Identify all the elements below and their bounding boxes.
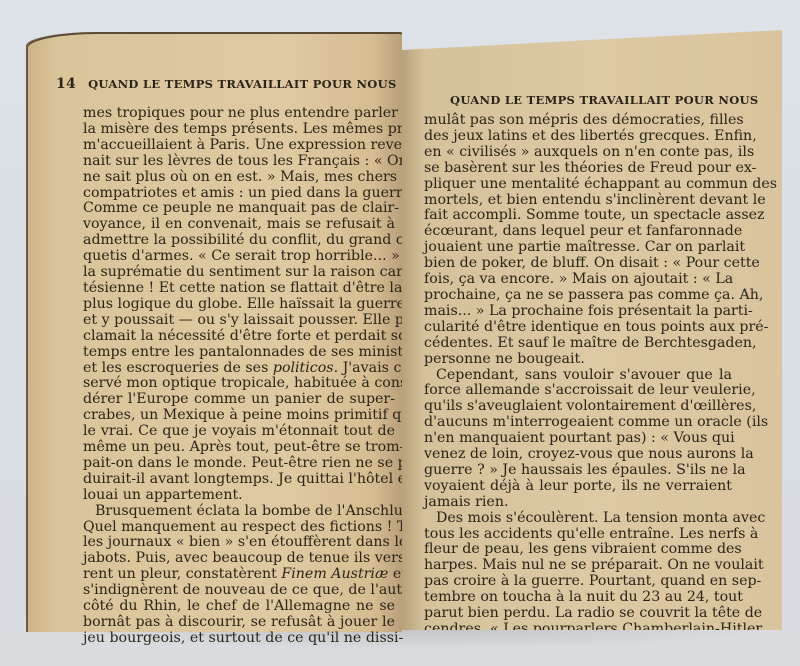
- text-line: jouaient une partie maîtresse. Car on pa…: [424, 240, 732, 256]
- text-line: dérer l'Europe comme un panier de super-: [83, 392, 395, 408]
- text-line: et y poussait — ou s'y laissait pousser.…: [83, 313, 395, 329]
- text-line: clamait la nécessité d'être forte et per…: [83, 329, 395, 345]
- left-page: 14QUAND LE TEMPS TRAVAILLAIT POUR NOUS m…: [28, 32, 402, 632]
- text-line: jeu bourgeois, et surtout de ce qu'il ne…: [83, 631, 395, 647]
- text-line: rent un pleur, constatèrent Finem Austri…: [83, 567, 395, 583]
- text-line: voyance, il en convenait, mais se refusa…: [83, 217, 395, 233]
- text-line: se basèrent sur les théories de Freud po…: [424, 161, 732, 177]
- left-page-body: mes tropiques pour ne plus entendre parl…: [83, 106, 395, 647]
- text-line: admettre la possibilité du conflit, du g…: [83, 233, 395, 249]
- text-line: louai un appartement.: [83, 488, 395, 504]
- right-page-header: QUAND LE TEMPS TRAVAILLAIT POUR NOUS15: [450, 92, 800, 108]
- page-number: 14: [56, 76, 76, 92]
- page-number: 15: [786, 92, 800, 108]
- text-line: pas croire à la guerre. Pourtant, quand …: [424, 574, 732, 590]
- text-line: guerre ? » Je haussais les épaules. S'il…: [424, 463, 732, 479]
- text-line: qu'ils s'aveuglaient volontairement d'œi…: [424, 399, 732, 415]
- text-line: fois, ça va encore. » Mais on ajoutait :…: [424, 272, 732, 288]
- text-line: m'accueillaient à Paris. Une expression …: [83, 138, 395, 154]
- right-page: QUAND LE TEMPS TRAVAILLAIT POUR NOUS15 m…: [402, 30, 782, 630]
- text-line: quetis d'armes. « Ce serait trop horribl…: [83, 249, 395, 265]
- text-line: fleur de peau, les gens vibraient comme …: [424, 542, 732, 558]
- text-line: Quel manquement au respect des fictions …: [83, 520, 395, 536]
- text-line: fait accompli. Somme toute, un spectacle…: [424, 208, 732, 224]
- running-title: QUAND LE TEMPS TRAVAILLAIT POUR NOUS: [88, 77, 396, 91]
- text-line: temps entre les pantalonnades de ses min…: [83, 345, 395, 361]
- text-line: d'aucuns m'interrogeaient comme un oracl…: [424, 415, 732, 431]
- text-line: cularité d'être identique en tous points…: [424, 320, 732, 336]
- text-line: duirait-il avant longtemps. Je quittai l…: [83, 472, 395, 488]
- text-line: voyaient déjà à leur porte, ils ne verra…: [424, 479, 732, 495]
- text-line: Des mois s'écoulèrent. La tension monta …: [424, 511, 732, 527]
- running-title: QUAND LE TEMPS TRAVAILLAIT POUR NOUS: [450, 93, 758, 107]
- text-line: mes tropiques pour ne plus entendre parl…: [83, 106, 395, 122]
- text-line: mais... » La prochaine fois présentait l…: [424, 304, 732, 320]
- text-line: tous les accidents qu'elle entraîne. Les…: [424, 527, 732, 543]
- text-line: le vrai. Ce que je voyais m'étonnait tou…: [83, 424, 395, 440]
- text-line: parut bien perdu. La radio se couvrit la…: [424, 606, 732, 622]
- text-line: crabes, un Mexique à peine moins primiti…: [83, 408, 395, 424]
- italic-term: Finem Austriæ: [281, 566, 388, 582]
- text-line: la suprématie du sentiment sur la raison…: [83, 265, 395, 281]
- text-line: personne ne bougeait.: [424, 352, 732, 368]
- text-line: venez de loin, croyez-vous que nous auro…: [424, 447, 732, 463]
- text-line: servé mon optique tropicale, habituée à …: [83, 376, 395, 392]
- text-line: Cependant, sans vouloir s'avouer que la: [424, 368, 732, 384]
- text-line: jamais rien.: [424, 495, 732, 511]
- text-line: plus logique du globe. Elle haïssait la …: [83, 297, 395, 313]
- text-line: compatriotes et amis : un pied dans la g…: [83, 186, 395, 202]
- italic-term: politicos: [273, 360, 334, 376]
- text-line: Comme ce peuple ne manquait pas de clair…: [83, 201, 395, 217]
- text-line: nait sur les lèvres de tous les Français…: [83, 154, 395, 170]
- right-page-body: mulât pas son mépris des démocraties, fi…: [424, 113, 732, 654]
- text-line: force allemande s'accroissait de leur ve…: [424, 383, 732, 399]
- text-line: cédentes. Et sauf le maître de Berchtesg…: [424, 336, 732, 352]
- text-line: n'en manquaient pourtant pas) : « Vous q…: [424, 431, 732, 447]
- text-line: Brusquement éclata la bombe de l'Anschlu…: [83, 504, 395, 520]
- text-line: ne sait plus où on en est. » Mais, mes c…: [83, 170, 395, 186]
- text-line: même un peu. Après tout, peut-être se tr…: [83, 440, 395, 456]
- text-line: s'indignèrent de nouveau de ce que, de l…: [83, 583, 395, 599]
- text-line: les journaux « bien » s'en étouffèrent d…: [83, 535, 395, 551]
- text-line: des jeux latins et des libertés grecques…: [424, 129, 732, 145]
- text-line: mortels, et bien entendu s'inclinèrent d…: [424, 193, 732, 209]
- text-line: tembre on toucha à la nuit du 23 au 24, …: [424, 590, 732, 606]
- text-line: prochaine, ça ne se passera pas comme ça…: [424, 288, 732, 304]
- text-line: la misère des temps présents. Les mêmes …: [83, 122, 395, 138]
- text-line: jabots. Puis, avec beaucoup de tenue ils…: [83, 551, 395, 567]
- text-line: pait-on dans le monde. Peut-être rien ne…: [83, 456, 395, 472]
- text-line: côté du Rhin, le chef de l'Allemagne ne …: [83, 599, 395, 615]
- text-line: tésienne ! Et cette nation se flattait d…: [83, 281, 395, 297]
- text-line: bornât pas à discourir, se refusât à jou…: [83, 615, 395, 631]
- text-line: mulât pas son mépris des démocraties, fi…: [424, 113, 732, 129]
- left-page-header: 14QUAND LE TEMPS TRAVAILLAIT POUR NOUS: [56, 76, 397, 92]
- text-line: pliquer une mentalité échappant au commu…: [424, 177, 732, 193]
- text-line: harpes. Mais nul ne se préparait. On ne …: [424, 558, 732, 574]
- text-line: écœurant, dans lequel peur et fanfaronna…: [424, 224, 732, 240]
- text-line: bien de poker, de bluff. On disait : « P…: [424, 256, 732, 272]
- text-line: en « civilisés » auxquels on n'en conte …: [424, 145, 732, 161]
